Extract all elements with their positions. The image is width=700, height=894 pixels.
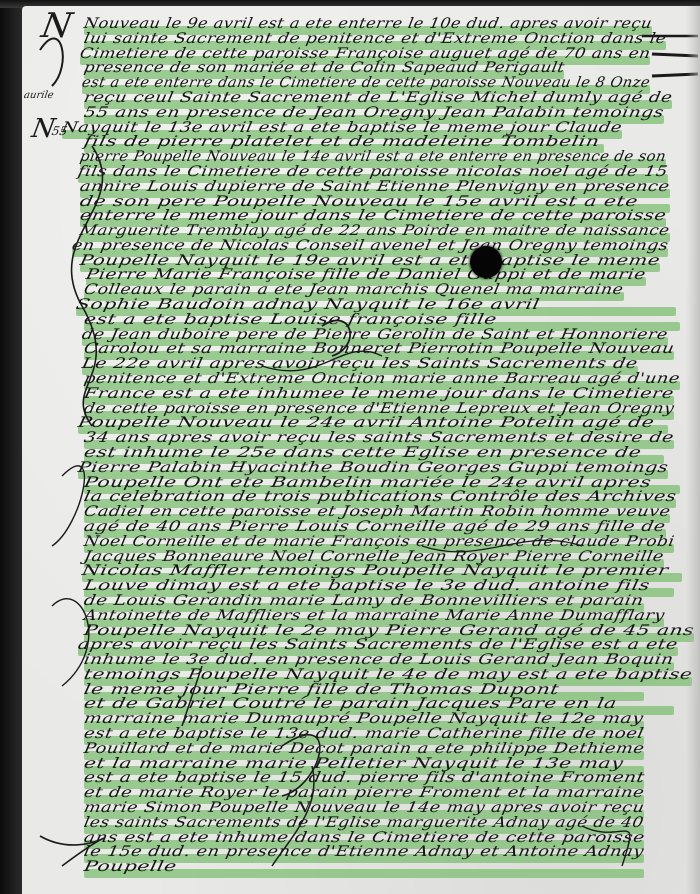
register-page: Nouveau le 9e avril est a ete enterre le… bbox=[22, 6, 700, 894]
scan-right-edge bbox=[686, 6, 700, 894]
signature-flourish bbox=[22, 6, 700, 894]
scan-left-border bbox=[0, 0, 22, 894]
